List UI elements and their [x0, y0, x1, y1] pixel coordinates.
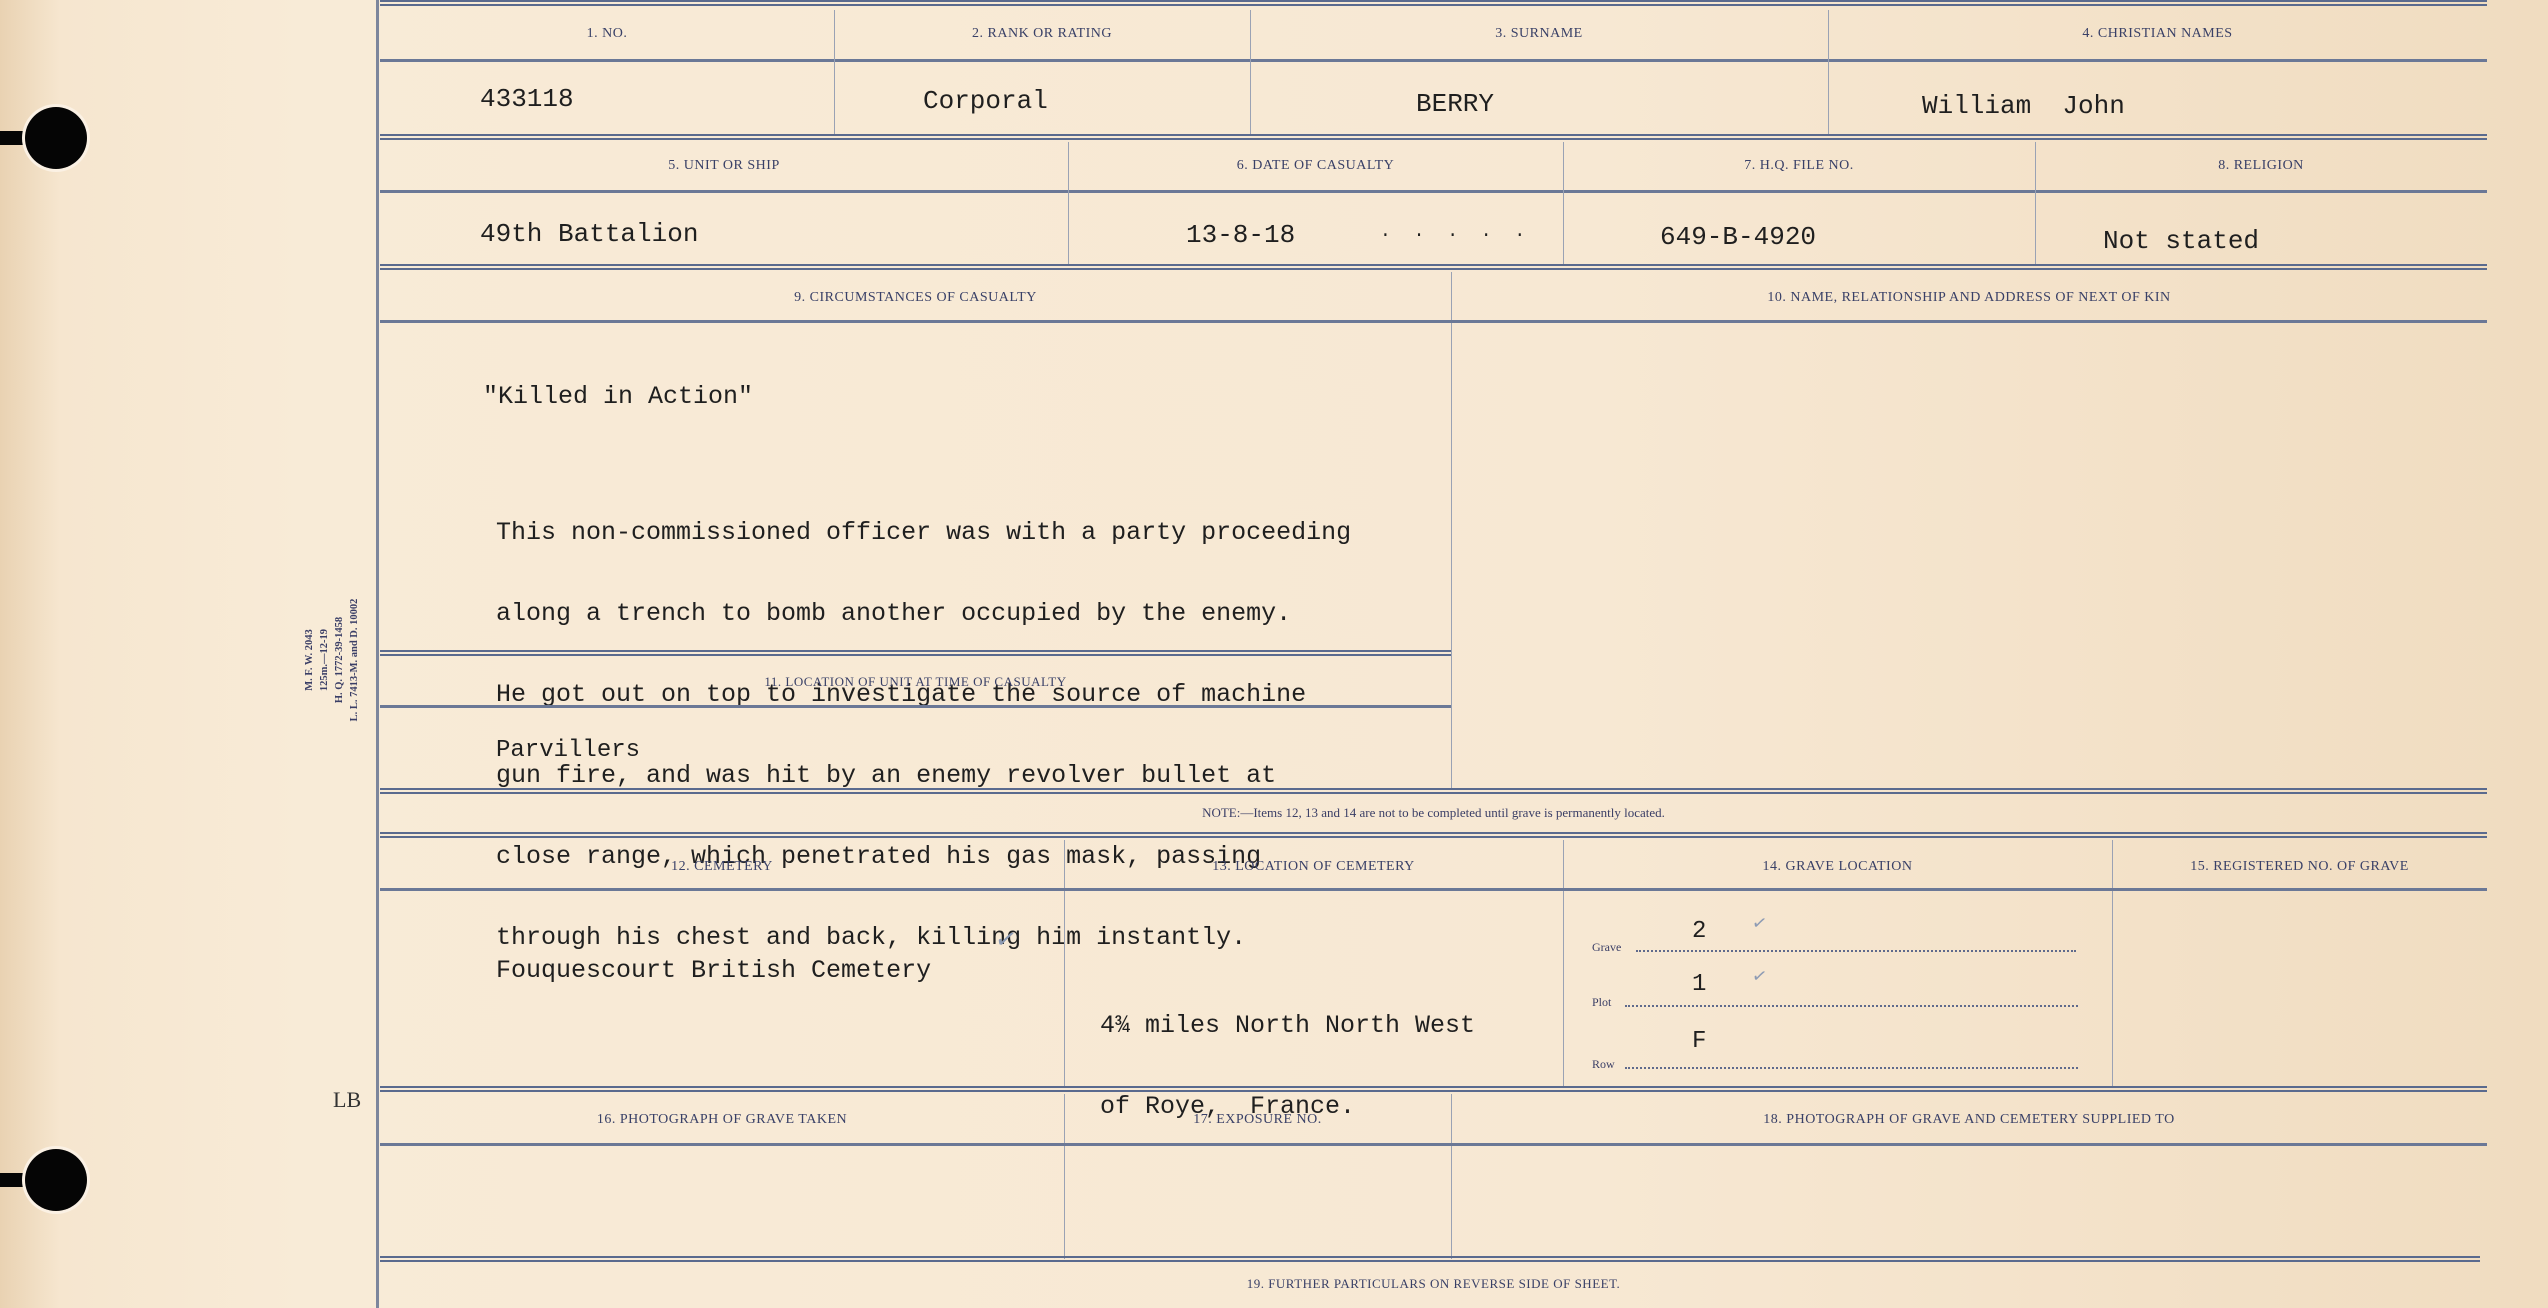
date-trailing-dots: . . . . . — [1380, 222, 1531, 242]
column-divider — [1250, 10, 1251, 134]
check-mark-icon: ✓ — [1750, 965, 1769, 988]
form-left-border — [376, 0, 379, 1308]
header-grave-location: 14. GRAVE LOCATION — [1563, 859, 2112, 875]
plot-dotted-line — [1625, 1005, 2078, 1007]
header-hq-file-no: 7. H.Q. FILE NO. — [1563, 158, 2035, 174]
binder-hole-bottom — [25, 1149, 87, 1211]
header-christian-names: 4. CHRISTIAN NAMES — [1828, 26, 2487, 42]
divider — [380, 1256, 2480, 1262]
cemetery-location: 4¾ miles North North West of Roye, Franc… — [1100, 958, 1475, 1174]
column-divider — [834, 10, 835, 134]
divider — [380, 0, 2487, 6]
check-mark-icon: ✓ — [1750, 912, 1769, 935]
cemetery-location-line: 4¾ miles North North West — [1100, 1012, 1475, 1039]
print-codes: M. F. W. 2043 125m.—12-19 H. Q. 1772-39-… — [282, 560, 382, 760]
header-cemetery: 12. CEMETERY — [380, 859, 1064, 875]
location-of-unit: Parvillers — [496, 737, 640, 764]
header-photograph-supplied-to: 18. PHOTOGRAPH OF GRAVE AND CEMETERY SUP… — [1451, 1112, 2487, 1128]
header-surname: 3. SURNAME — [1250, 26, 1828, 42]
divider — [380, 264, 2487, 270]
header-location-of-unit: 11. LOCATION OF UNIT AT TIME OF CASUALTY — [380, 674, 1451, 690]
header-location-of-cemetery: 13. LOCATION OF CEMETERY — [1064, 859, 1563, 875]
header-circumstances: 9. CIRCUMSTANCES OF CASUALTY — [380, 290, 1451, 306]
divider — [380, 832, 2487, 838]
header-number: 1. NO. — [380, 26, 834, 42]
divider — [380, 1086, 2487, 1092]
initials: LB — [333, 1087, 361, 1113]
row-label: Row — [1592, 1057, 1615, 1072]
surname: BERRY — [1416, 89, 1494, 119]
column-divider — [1828, 10, 1829, 134]
circumstances-line: along a trench to bomb another occupied … — [496, 600, 1351, 627]
column-divider — [1563, 840, 1564, 1088]
print-code: H. Q. 1772-39-1458 — [332, 599, 347, 722]
date-of-casualty: 13-8-18 — [1186, 220, 1295, 250]
divider — [380, 320, 2487, 323]
christian-names: William John — [1922, 91, 2125, 121]
divider — [380, 134, 2487, 140]
plot-number: 1 — [1692, 971, 1706, 998]
divider — [380, 650, 1451, 656]
header-rank: 2. RANK OR RATING — [834, 26, 1250, 42]
casualty-status: "Killed in Action" — [483, 382, 753, 411]
plot-label: Plot — [1592, 995, 1611, 1010]
circumstances-line: gun fire, and was hit by an enemy revolv… — [496, 762, 1351, 789]
column-divider — [2035, 142, 2036, 266]
divider — [380, 190, 2487, 193]
divider — [380, 705, 1451, 708]
divider — [380, 888, 2487, 891]
circumstances-line: This non-commissioned officer was with a… — [496, 519, 1351, 546]
footer-note: 19. FURTHER PARTICULARS ON REVERSE SIDE … — [380, 1276, 2487, 1292]
divider — [380, 788, 2487, 794]
column-divider — [2112, 840, 2113, 1088]
divider — [380, 1143, 2487, 1146]
row-dotted-line — [1625, 1067, 2078, 1069]
print-code: 125m.—12-19 — [317, 599, 332, 722]
service-number: 433118 — [480, 84, 574, 114]
unit: 49th Battalion — [480, 219, 698, 249]
column-divider — [1563, 142, 1564, 266]
header-registered-no: 15. REGISTERED NO. OF GRAVE — [2112, 859, 2487, 875]
column-divider — [1451, 272, 1452, 790]
circumstances-text: This non-commissioned officer was with a… — [496, 465, 1351, 1005]
grave-label: Grave — [1592, 940, 1621, 955]
hq-file-number: 649-B-4920 — [1660, 222, 1816, 252]
binder-hole-top — [25, 107, 87, 169]
grave-number: 2 — [1692, 918, 1706, 945]
grave-dotted-line — [1636, 950, 2076, 952]
religion: Not stated — [2103, 226, 2259, 256]
print-code: M. F. W. 2043 — [302, 599, 317, 722]
column-divider — [1064, 840, 1065, 1088]
note: NOTE:—Items 12, 13 and 14 are not to be … — [380, 805, 2487, 821]
header-religion: 8. RELIGION — [2035, 158, 2487, 174]
column-divider — [1068, 142, 1069, 266]
divider — [380, 59, 2487, 62]
header-photograph-taken: 16. PHOTOGRAPH OF GRAVE TAKEN — [380, 1112, 1064, 1128]
header-exposure-no: 17. EXPOSURE NO. — [1064, 1112, 1451, 1128]
cemetery-name: Fouquescourt British Cemetery — [496, 956, 931, 985]
header-next-of-kin: 10. NAME, RELATIONSHIP AND ADDRESS OF NE… — [1451, 290, 2487, 306]
header-date-of-casualty: 6. DATE OF CASUALTY — [1068, 158, 1563, 174]
print-code: L. L. 7413-M. and D. 10002 — [347, 599, 362, 722]
row-value: F — [1692, 1028, 1706, 1055]
rank: Corporal — [923, 86, 1048, 116]
header-unit: 5. UNIT OR SHIP — [380, 158, 1068, 174]
circumstances-line: through his chest and back, killing him … — [496, 924, 1351, 951]
